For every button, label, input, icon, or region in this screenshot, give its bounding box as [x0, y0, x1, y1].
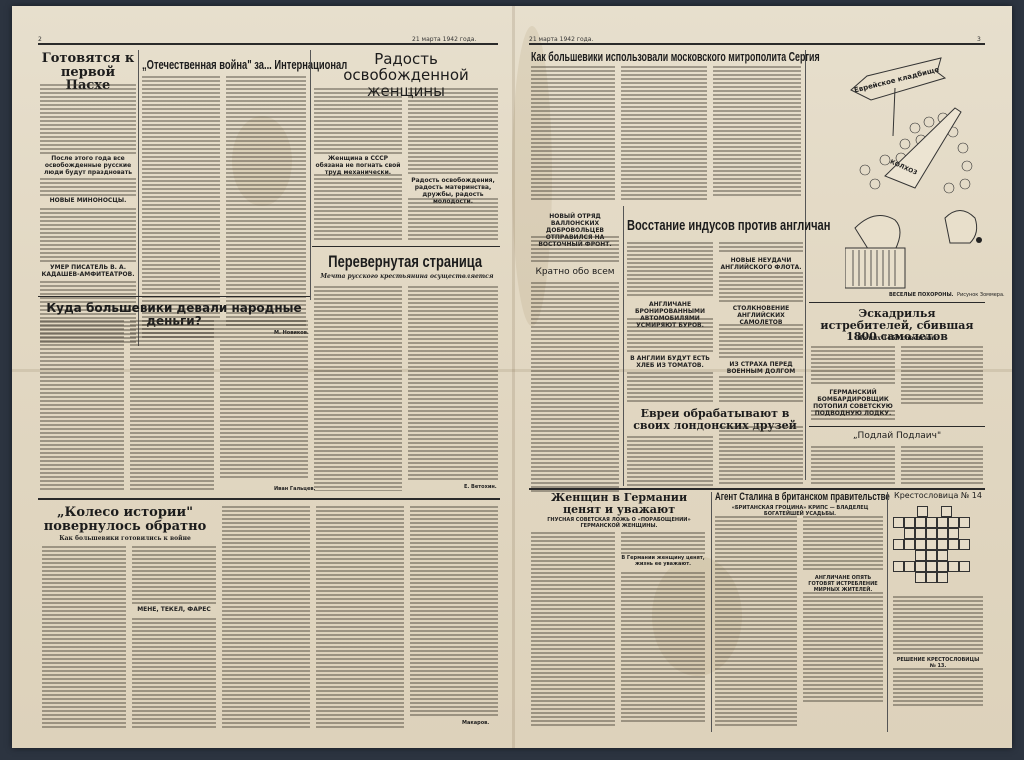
article-body — [40, 84, 136, 154]
section-rule — [312, 246, 500, 247]
article-body — [40, 208, 136, 264]
article-body — [811, 346, 895, 386]
top-rule — [38, 43, 498, 45]
article-body — [226, 76, 306, 326]
article-body — [142, 76, 220, 338]
article-body — [314, 174, 402, 242]
subheading: Мечта русского крестьянина осуществляетс… — [314, 274, 500, 281]
article-body — [719, 426, 803, 486]
article-body — [627, 242, 713, 298]
subhead: МЕНЕ, ТЕКЕЛ, ФАРЕС — [132, 607, 216, 614]
subhead: После этого года все освобожденные русск… — [40, 156, 136, 177]
article-body — [222, 506, 310, 728]
subhead: В АНГЛИИ БУДУТ ЕСТЬ ХЛЕБ ИЗ ТОМАТОВ. — [627, 356, 713, 370]
article-body — [715, 516, 797, 726]
article-body — [803, 516, 883, 572]
page-number: 2 — [38, 36, 42, 43]
subhead: УМЕР ПИСАТЕЛЬ В. А. КАДАШЕВ-АМФИТЕАТРОВ. — [40, 265, 136, 279]
subheading: Из них 1450 советских — [811, 336, 983, 343]
article-body — [621, 572, 705, 722]
article-body — [627, 372, 713, 404]
article-body — [314, 88, 402, 154]
left-page: 2 21 марта 1942 года. Готовятся к первой… — [12, 6, 512, 748]
article-body — [531, 66, 615, 200]
article-body — [621, 532, 705, 554]
section-rule — [809, 426, 985, 427]
headline-indian-uprising: Восстание индусов против англичан — [627, 218, 805, 234]
subhead: НОВЫЕ МИНОНОСЦЫ. — [40, 198, 136, 205]
cartoon-merry-funeral: Еврейское кладбище КОЛХОЗ ВЕСЕЛЫЕ ПОХОРО… — [845, 48, 1005, 298]
article-body — [408, 286, 498, 481]
column-rule — [310, 50, 311, 300]
subheading: ГНУСНАЯ СОВЕТСКАЯ ЛОЖЬ О «ПОРАБОЩЕНИИ» Г… — [531, 518, 707, 530]
article-body — [316, 506, 404, 728]
crossword-title: Крестословица № 14 — [891, 492, 985, 500]
article-body — [621, 66, 707, 200]
article-body — [719, 324, 803, 358]
article-body — [130, 320, 214, 492]
column-rule — [623, 206, 624, 486]
article-body — [531, 532, 615, 726]
section-rule — [809, 302, 985, 303]
article-body — [410, 506, 498, 718]
subheading: Как большевики готовились к войне — [40, 536, 210, 543]
article-body — [132, 618, 216, 728]
crossword-grid[interactable] — [893, 506, 983, 588]
article-body — [719, 272, 803, 302]
article-body — [42, 546, 126, 728]
cartoon-caption: ВЕСЕЛЫЕ ПОХОРОНЫ. — [889, 292, 954, 298]
article-body — [220, 320, 308, 480]
section-rule — [38, 296, 310, 297]
article-body — [40, 178, 136, 196]
section-rule — [529, 488, 985, 490]
signature: Макаров. — [462, 720, 489, 726]
headline-stalin-agent: Агент Сталина в британском правительстве — [715, 492, 888, 504]
headline-patriotic-war: „Отечественная война" за... Интернациона… — [142, 58, 263, 72]
subhead: НОВЫЕ НЕУДАЧИ АНГЛИЙСКОГО ФЛОТА. — [719, 258, 803, 272]
article-body — [901, 446, 983, 484]
crossword-answers — [893, 668, 983, 708]
article-body — [901, 346, 983, 406]
article-body — [627, 436, 713, 486]
top-rule — [529, 43, 985, 45]
subhead: ИЗ СТРАХА ПЕРЕД ВОЕННЫМ ДОЛГОМ — [719, 362, 803, 376]
issue-date: 21 марта 1942 года. — [412, 36, 476, 43]
headline-turned-page: Перевернутая страница — [314, 253, 496, 271]
article-body — [713, 66, 801, 196]
article-body — [531, 236, 619, 262]
article-body — [811, 446, 895, 484]
headline-metropolitan-sergius: Как большевики использовали московского … — [531, 50, 796, 64]
article-body — [803, 592, 883, 704]
newspaper-spread: 2 21 марта 1942 года. Готовятся к первой… — [12, 6, 1012, 748]
column-rule — [887, 492, 888, 732]
headline-wheel-of-history: „Колесо истории" повернулось обратно — [40, 506, 210, 533]
column-rule — [805, 50, 806, 480]
column-rule — [711, 492, 712, 732]
cartoon-artist: Рисунок Зоммера. — [957, 292, 1005, 298]
headline-women-germany: Женщин в Германии ценят и уважают — [531, 492, 707, 515]
article-body — [408, 198, 498, 242]
subhead: АНГЛИЧАНЕ ОПЯТЬ ГОТОВЯТ ИСТРЕБЛЕНИЕ МИРН… — [803, 576, 883, 593]
article-body — [408, 88, 498, 176]
article-body — [719, 376, 803, 404]
article-body — [531, 282, 619, 492]
headline-podlai-podlaich: „Подлай Подлаич" — [811, 432, 983, 441]
right-page: 21 марта 1942 года. 3 Как большевики исп… — [515, 6, 1012, 748]
signature: Иван Гальцев. — [274, 486, 315, 492]
article-body — [627, 318, 713, 352]
issue-date: 21 марта 1942 года. — [529, 36, 593, 43]
article-body — [314, 286, 402, 491]
article-body — [40, 320, 124, 492]
signature: Е. Ветохин. — [464, 484, 497, 490]
section-rule — [38, 498, 500, 500]
article-body — [719, 242, 803, 254]
article-body — [811, 410, 895, 422]
article-body — [132, 546, 216, 604]
headline-briefly: Кратно обо всем — [531, 268, 619, 277]
subhead: В Германии женщину ценят, жизнь ее уважа… — [621, 556, 705, 568]
page-number: 3 — [977, 36, 981, 43]
crossword-clues — [893, 596, 983, 654]
